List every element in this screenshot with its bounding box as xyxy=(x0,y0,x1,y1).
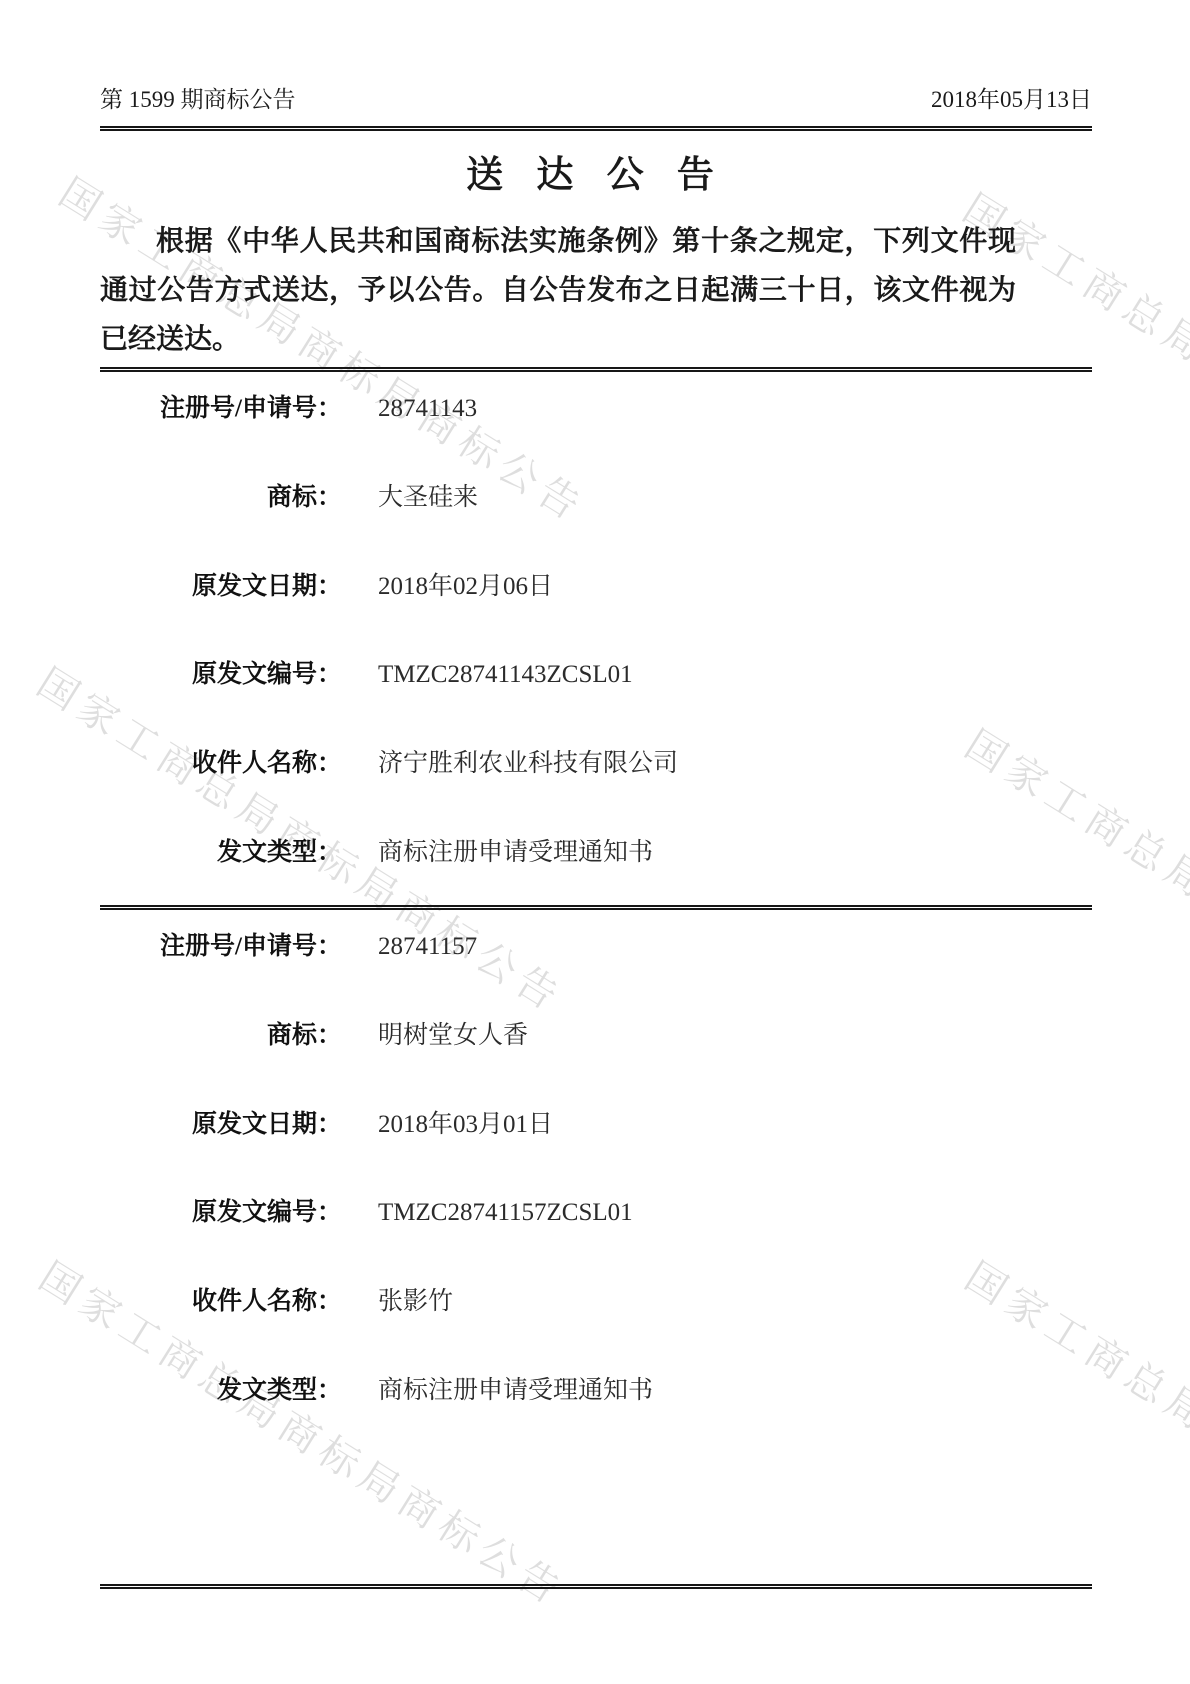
field-row: 注册号/申请号：28741143 xyxy=(100,393,477,425)
gazette-issue-label: 第 1599 期商标公告 xyxy=(100,86,296,114)
field-row: 收件人名称：张影竹 xyxy=(100,1286,453,1318)
gazette-date-label: 2018年05月13日 xyxy=(931,86,1092,114)
field-value: 28741143 xyxy=(378,393,477,425)
field-row: 收件人名称：济宁胜利农业科技有限公司 xyxy=(100,748,678,780)
field-row: 商标：大圣硅来 xyxy=(100,482,478,514)
field-value: 商标注册申请受理通知书 xyxy=(378,1375,653,1407)
divider xyxy=(100,367,1092,372)
watermark-text: 国家工商总局商标局商标公告 xyxy=(956,1246,1190,1618)
field-row: 发文类型：商标注册申请受理通知书 xyxy=(100,1375,653,1407)
field-value: 28741157 xyxy=(378,931,477,963)
field-row: 原发文编号：TMZC28741157ZCSL01 xyxy=(100,1197,633,1229)
header-rule xyxy=(100,126,1092,131)
field-value: 明树堂女人香 xyxy=(378,1020,528,1052)
field-label: 收件人名称： xyxy=(100,1286,342,1318)
field-row: 注册号/申请号：28741157 xyxy=(100,931,477,963)
field-label: 收件人名称： xyxy=(100,748,342,780)
field-label: 发文类型： xyxy=(100,1375,342,1407)
field-value: 2018年02月06日 xyxy=(378,571,553,603)
intro-paragraph: 根据《中华人民共和国商标法实施条例》第十条之规定，下列文件现通过公告方式送达，予… xyxy=(100,217,1016,364)
field-label: 注册号/申请号： xyxy=(100,931,342,963)
field-row: 原发文日期：2018年02月06日 xyxy=(100,571,553,603)
field-value: 2018年03月01日 xyxy=(378,1109,553,1141)
gazette-page: 国家工商总局商标局商标公告 国家工商总局商标局商标公告 国家工商总局商标局商标公… xyxy=(0,0,1190,1684)
field-value: TMZC28741143ZCSL01 xyxy=(378,659,633,691)
divider xyxy=(100,1584,1092,1589)
field-value: 济宁胜利农业科技有限公司 xyxy=(378,748,678,780)
field-label: 原发文日期： xyxy=(100,1109,342,1141)
watermark-text: 国家工商总局商标局商标公告 xyxy=(956,714,1190,1086)
field-label: 商标： xyxy=(100,1020,342,1052)
field-label: 原发文编号： xyxy=(100,1197,342,1229)
divider xyxy=(100,905,1092,910)
field-value: 张影竹 xyxy=(378,1286,453,1318)
field-value: TMZC28741157ZCSL01 xyxy=(378,1197,633,1229)
field-label: 原发文编号： xyxy=(100,659,342,691)
field-label: 商标： xyxy=(100,482,342,514)
field-row: 原发文日期：2018年03月01日 xyxy=(100,1109,553,1141)
field-label: 原发文日期： xyxy=(100,571,342,603)
field-label: 发文类型： xyxy=(100,837,342,869)
field-row: 发文类型：商标注册申请受理通知书 xyxy=(100,837,653,869)
field-label: 注册号/申请号： xyxy=(100,393,342,425)
field-value: 商标注册申请受理通知书 xyxy=(378,837,653,869)
field-value: 大圣硅来 xyxy=(378,482,478,514)
field-row: 原发文编号：TMZC28741143ZCSL01 xyxy=(100,659,633,691)
field-row: 商标：明树堂女人香 xyxy=(100,1020,528,1052)
page-title: 送 达 公 告 xyxy=(100,144,1092,198)
